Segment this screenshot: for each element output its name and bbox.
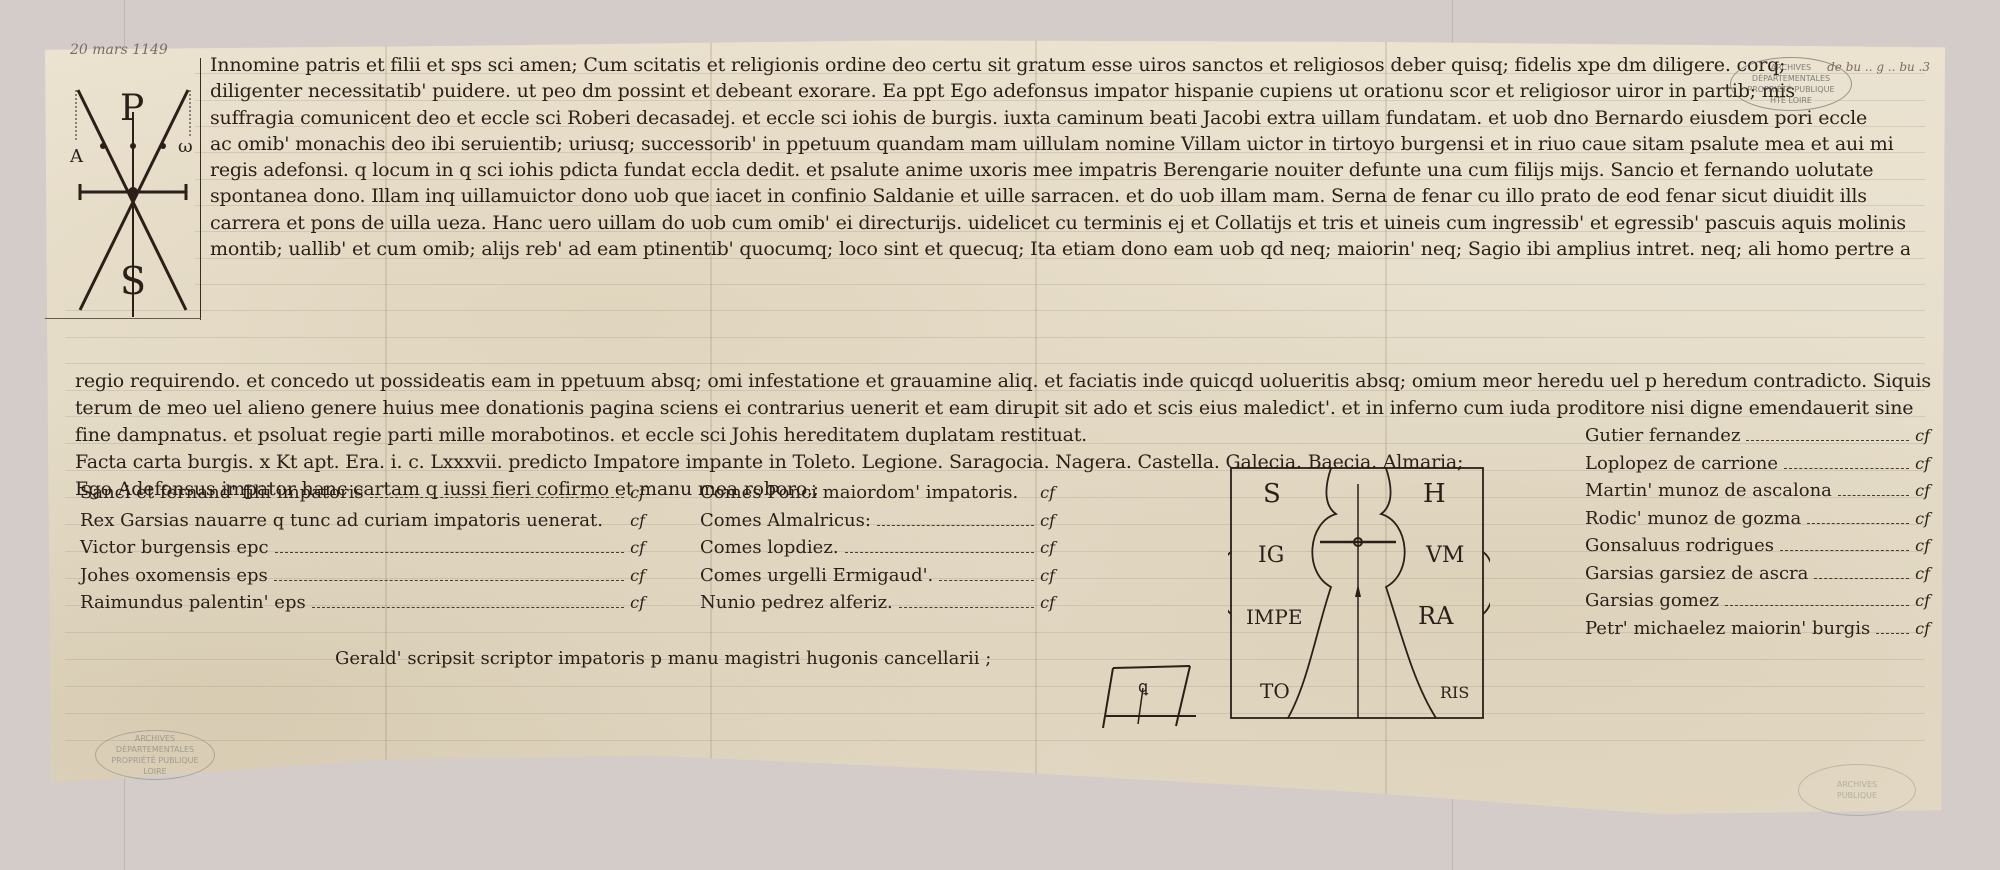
witness-list-left: Sanci et fernand' filii impatoriscf Rex … bbox=[80, 482, 645, 620]
dash-leader bbox=[1876, 632, 1909, 634]
confirmat-mark: cf bbox=[1915, 481, 1930, 500]
svg-text:H: H bbox=[1423, 479, 1446, 509]
confirmat-mark: cf bbox=[1040, 483, 1055, 502]
witness-row: Gutier fernandezcf bbox=[1585, 425, 1930, 453]
svg-text:A: A bbox=[69, 146, 84, 167]
witness-name: Victor burgensis epc bbox=[80, 537, 269, 558]
ruling-line bbox=[195, 284, 1925, 285]
svg-text:TO: TO bbox=[1260, 679, 1290, 703]
text-line: terum de meo uel alieno genere huius mee… bbox=[75, 395, 1935, 422]
confirmat-mark: cf bbox=[1915, 426, 1930, 445]
archive-stamp: ARCHIVES DÉPARTEMENTALES PROPRIÉTÉ PUBLI… bbox=[1730, 57, 1852, 111]
witness-name: Gutier fernandez bbox=[1585, 425, 1740, 446]
witness-row: Johes oxomensis epscf bbox=[80, 565, 645, 593]
svg-text:IMPE: IMPE bbox=[1246, 605, 1302, 629]
witness-name: Sanci et fernand' filii impatoris bbox=[80, 482, 364, 503]
witness-name: Comes Almalricus: bbox=[700, 510, 871, 531]
witness-row: Comes Almalricus:cf bbox=[700, 510, 1055, 538]
dash-leader bbox=[1725, 604, 1909, 606]
confirmat-mark: cf bbox=[1040, 593, 1055, 612]
confirmat-mark: cf bbox=[1040, 538, 1055, 557]
witness-name: Martin' munoz de ascalona bbox=[1585, 480, 1832, 501]
svg-text:RA: RA bbox=[1418, 602, 1454, 630]
witness-row: Comes Ponci maiordom' impatoris.cf bbox=[700, 482, 1055, 510]
witness-name: Loplopez de carrione bbox=[1585, 453, 1778, 474]
text-line: diligenter necessitatib' puidere. ut peo… bbox=[210, 78, 1910, 104]
confirmat-mark: cf bbox=[630, 511, 645, 530]
dash-leader bbox=[1838, 494, 1909, 496]
ruling-line bbox=[65, 686, 1925, 687]
witness-name: Rodic' munoz de gozma bbox=[1585, 508, 1801, 529]
confirmat-mark: cf bbox=[630, 566, 645, 585]
svg-text:ꝗ: ꝗ bbox=[1138, 677, 1149, 696]
text-line: suffragia comunicent deo et eccle sci Ro… bbox=[210, 105, 1910, 131]
text-line: spontanea dono. Illam inq uillamuictor d… bbox=[210, 183, 1910, 209]
witness-row: Comes urgelli Ermigaud'.cf bbox=[700, 565, 1055, 593]
chrismon-frame-border bbox=[45, 318, 201, 319]
dash-leader bbox=[1780, 549, 1909, 551]
witness-name: Comes lopdiez. bbox=[700, 537, 839, 558]
witness-row: Rex Garsias nauarre q tunc ad curiam imp… bbox=[80, 510, 645, 538]
confirmat-mark: cf bbox=[1915, 591, 1930, 610]
witness-row: Garsias garsiez de ascracf bbox=[1585, 563, 1930, 591]
chrismon-letter-p: P bbox=[120, 88, 144, 129]
archival-date-annotation: 20 mars 1149 bbox=[70, 42, 168, 58]
dash-leader bbox=[274, 579, 624, 581]
text-line: montib; uallib' et cum omib; alijs reb' … bbox=[210, 236, 1910, 262]
confirmat-mark: cf bbox=[630, 483, 645, 502]
dash-leader bbox=[939, 579, 1034, 581]
confirmat-mark: cf bbox=[1915, 509, 1930, 528]
witness-name: Comes Ponci maiordom' impatoris. bbox=[700, 482, 1018, 503]
dash-leader bbox=[609, 525, 624, 526]
witness-row: Comes lopdiez.cf bbox=[700, 537, 1055, 565]
text-line: regio requirendo. et concedo ut possidea… bbox=[75, 368, 1935, 395]
witness-name: Garsias gomez bbox=[1585, 590, 1719, 611]
witness-row: Nunio pedrez alferiz.cf bbox=[700, 592, 1055, 620]
svg-text:S: S bbox=[1263, 479, 1281, 509]
confirmat-mark: cf bbox=[1040, 511, 1055, 530]
confirmat-mark: cf bbox=[1040, 566, 1055, 585]
ruling-line bbox=[65, 713, 1925, 714]
text-line: Innomine patris et filii et sps sci amen… bbox=[210, 52, 1910, 78]
text-line: regis adefonsi. q locum in q sci iohis p… bbox=[210, 157, 1910, 183]
ruling-line bbox=[65, 310, 1925, 311]
witness-list-right: Gutier fernandezcf Loplopez de carrionec… bbox=[1585, 425, 1930, 645]
witness-row: Loplopez de carrionecf bbox=[1585, 453, 1930, 481]
confirmat-mark: cf bbox=[1915, 564, 1930, 583]
dash-leader bbox=[275, 551, 624, 553]
svg-text:IG: IG bbox=[1258, 543, 1284, 568]
witness-row: Martin' munoz de ascalonacf bbox=[1585, 480, 1930, 508]
witness-name: Johes oxomensis eps bbox=[80, 565, 268, 586]
scribe-subscription: Gerald' scripsit scriptor impatoris p ma… bbox=[335, 648, 991, 669]
confirmat-mark: cf bbox=[1915, 536, 1930, 555]
witness-name: Nunio pedrez alferiz. bbox=[700, 592, 893, 613]
svg-text:RIS: RIS bbox=[1440, 683, 1469, 702]
archive-stamp: ARCHIVES PUBLIQUE bbox=[1798, 764, 1916, 816]
dash-leader bbox=[1814, 577, 1909, 579]
dash-leader bbox=[312, 606, 624, 608]
text-line: carrera et pons de uilla ueza. Hanc uero… bbox=[210, 210, 1910, 236]
confirmat-mark: cf bbox=[1915, 454, 1930, 473]
chrismon-frame-border bbox=[200, 58, 201, 320]
svg-text:VM: VM bbox=[1425, 543, 1464, 568]
witness-name: Rex Garsias nauarre q tunc ad curiam imp… bbox=[80, 510, 603, 531]
witness-name: Comes urgelli Ermigaud'. bbox=[700, 565, 933, 586]
witness-name: Gonsaluus rodrigues bbox=[1585, 535, 1774, 556]
confirmat-mark: cf bbox=[630, 593, 645, 612]
chrismon-monogram-icon: P A ω S bbox=[68, 82, 198, 317]
witness-name: Raimundus palentin' eps bbox=[80, 592, 306, 613]
witness-name: Garsias garsiez de ascra bbox=[1585, 563, 1808, 584]
witness-row: Sanci et fernand' filii impatoriscf bbox=[80, 482, 645, 510]
notary-mark-icon: ꝗ bbox=[1098, 660, 1198, 730]
witness-row: Gonsaluus rodriguescf bbox=[1585, 535, 1930, 563]
royal-signum-icon: S H IG IMPE VM RA TO RIS bbox=[1228, 462, 1490, 724]
witness-row: Raimundus palentin' epscf bbox=[80, 592, 645, 620]
dash-leader bbox=[1784, 467, 1909, 469]
witness-name: Petr' michaelez maiorin' burgis bbox=[1585, 618, 1870, 639]
ruling-line bbox=[65, 337, 1925, 338]
witness-list-middle: Comes Ponci maiordom' impatoris.cf Comes… bbox=[700, 482, 1055, 620]
svg-text:S: S bbox=[120, 259, 146, 303]
witness-row: Petr' michaelez maiorin' burgiscf bbox=[1585, 618, 1930, 646]
confirmat-mark: cf bbox=[1915, 619, 1930, 638]
dash-leader bbox=[899, 606, 1034, 608]
charter-main-text: Innomine patris et filii et sps sci amen… bbox=[210, 52, 1910, 262]
confirmat-mark: cf bbox=[630, 538, 645, 557]
archive-stamp: ARCHIVES DÉPARTEMENTALES PROPRIÉTÉ PUBLI… bbox=[95, 730, 215, 780]
dash-leader bbox=[1807, 522, 1909, 524]
svg-text:ω: ω bbox=[178, 136, 193, 157]
ruling-line bbox=[65, 740, 1925, 741]
text-line: ac omib' monachis deo ibi seruientib; ur… bbox=[210, 131, 1910, 157]
dash-leader bbox=[845, 551, 1035, 553]
witness-row: Garsias gomezcf bbox=[1585, 590, 1930, 618]
dash-leader bbox=[370, 496, 625, 498]
dash-leader bbox=[877, 524, 1034, 526]
dash-leader bbox=[1024, 497, 1034, 498]
witness-row: Rodic' munoz de gozmacf bbox=[1585, 508, 1930, 536]
dash-leader bbox=[1746, 439, 1909, 441]
ruling-line bbox=[65, 363, 1925, 364]
witness-row: Victor burgensis epccf bbox=[80, 537, 645, 565]
